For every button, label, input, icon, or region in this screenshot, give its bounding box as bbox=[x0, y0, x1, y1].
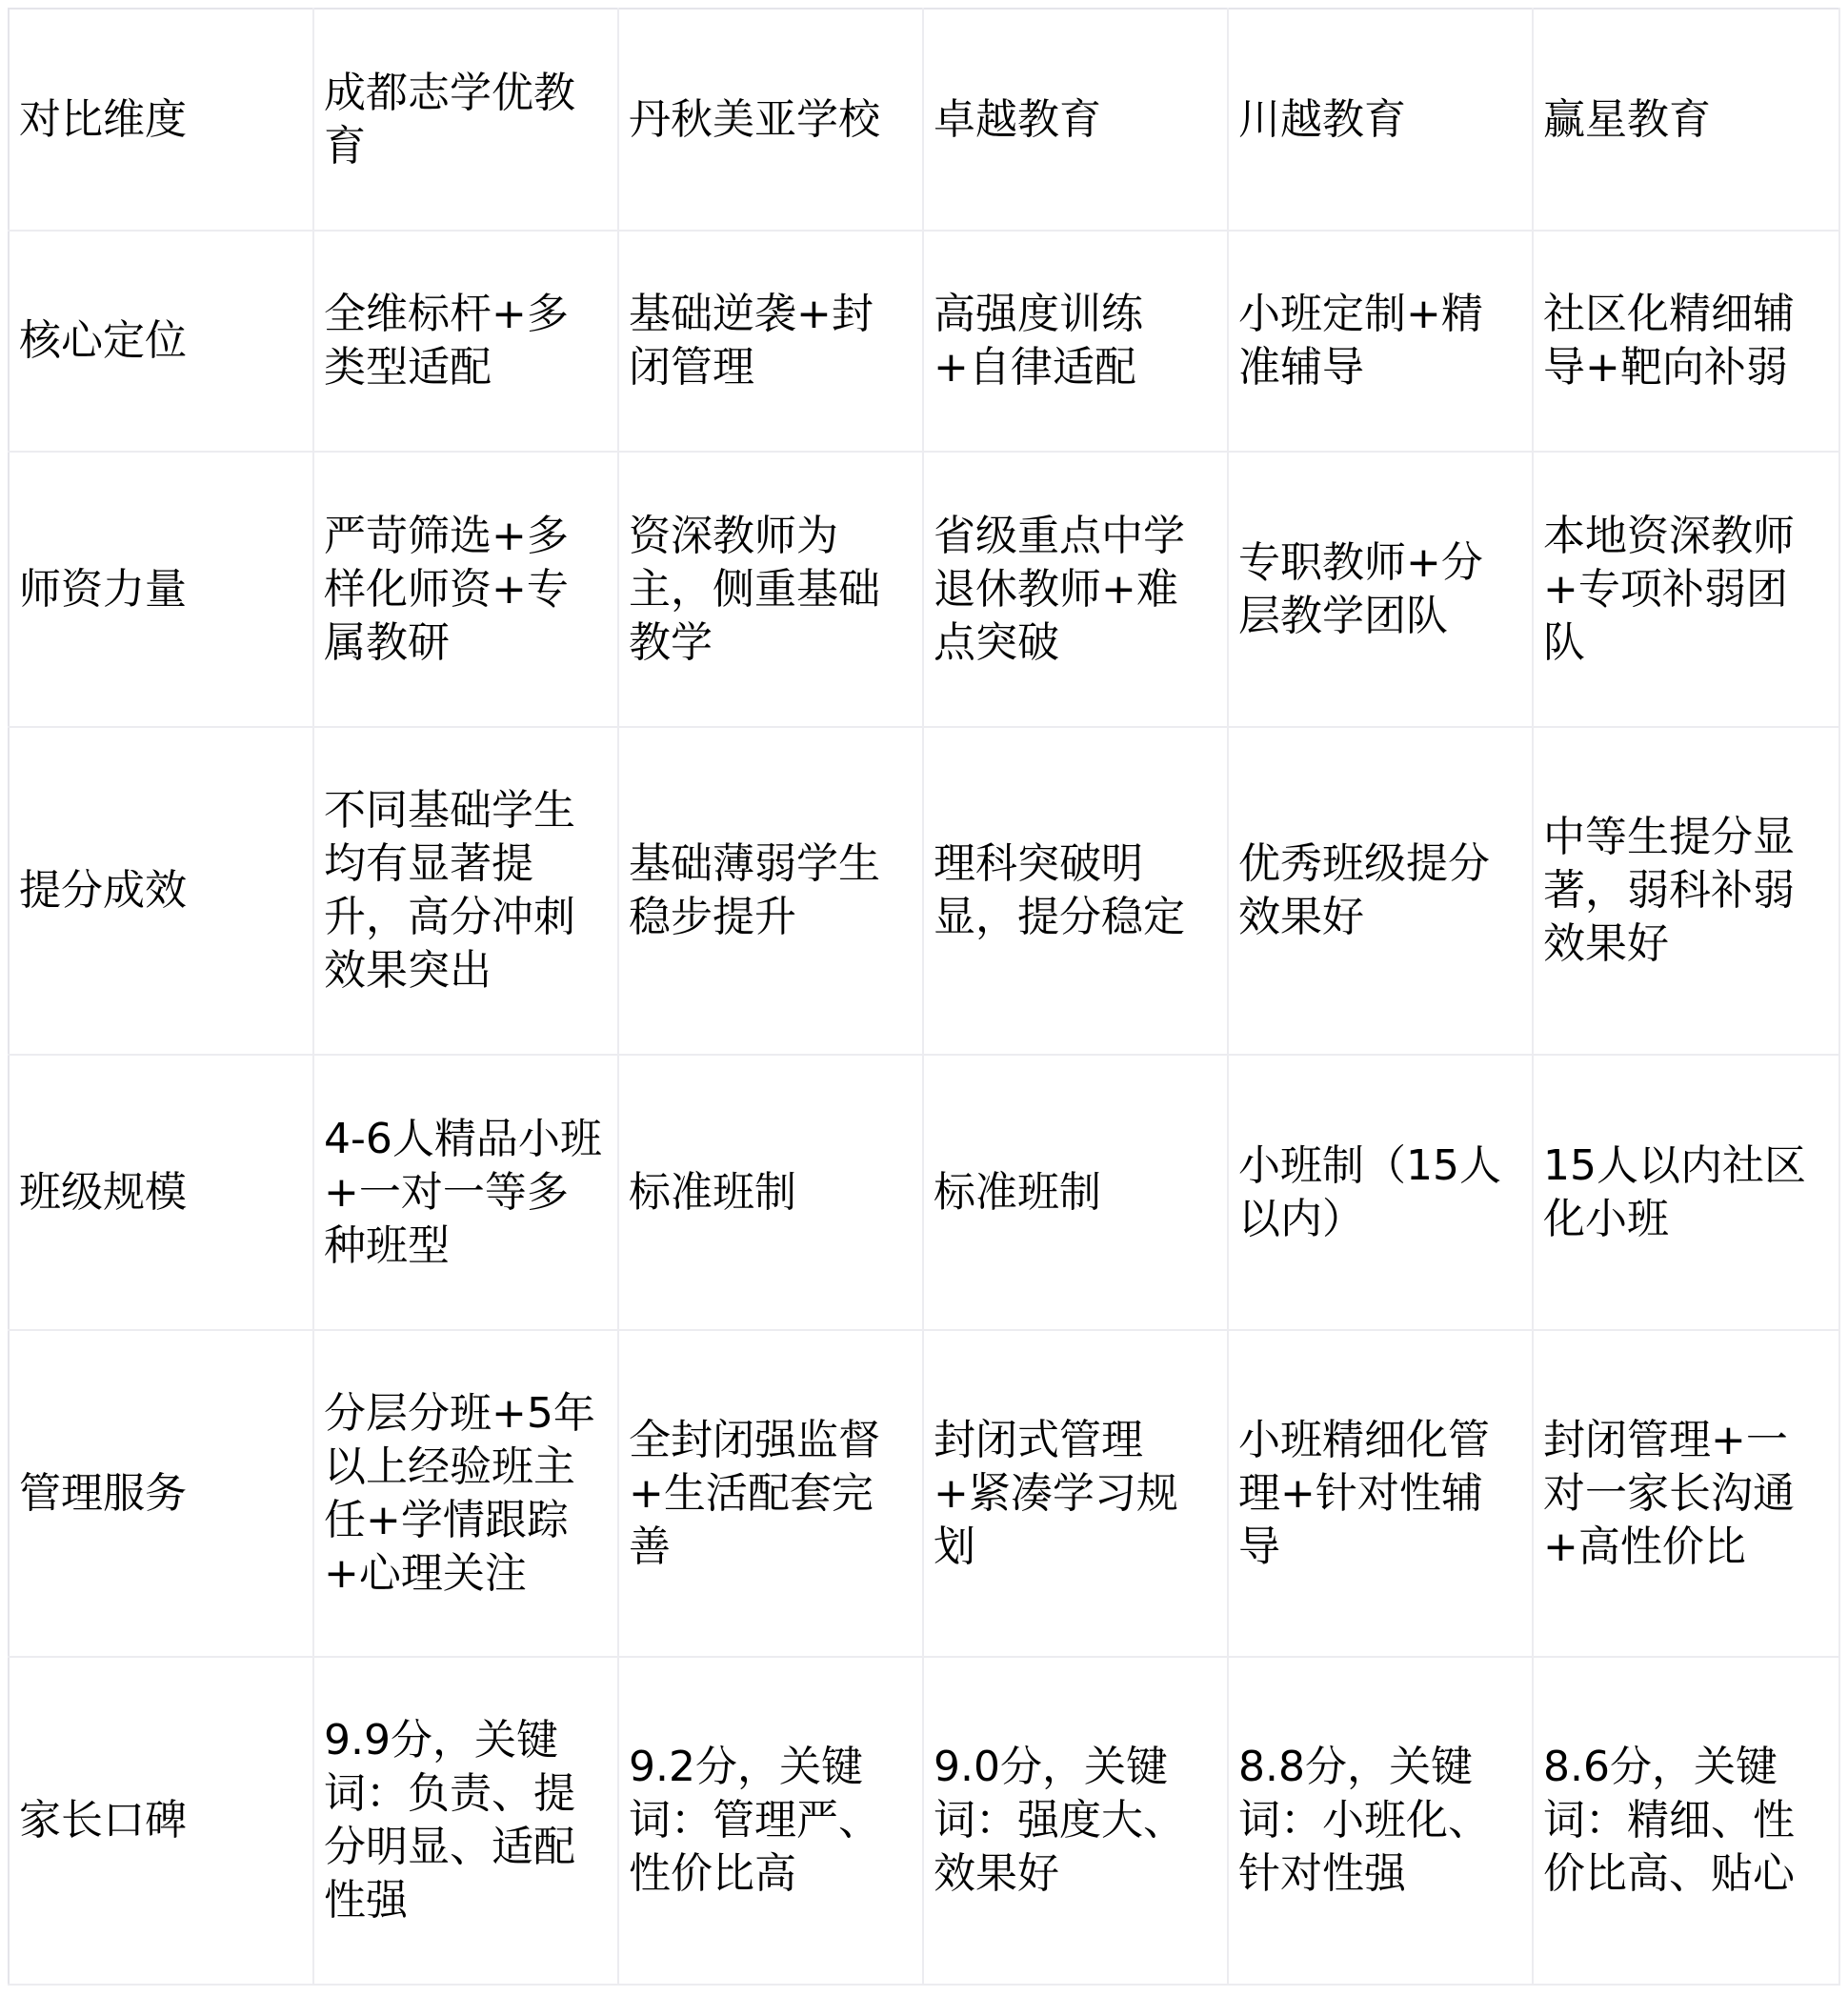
table-cell: 4-6人精品小班+一对一等多种班型 bbox=[313, 1055, 618, 1330]
table-cell: 优秀班级提分效果好 bbox=[1228, 727, 1533, 1055]
row-dimension-label: 师资力量 bbox=[9, 452, 313, 727]
header-cell-school: 卓越教育 bbox=[923, 9, 1228, 231]
table-cell: 理科突破明显，提分稳定 bbox=[923, 727, 1228, 1055]
table-cell: 本地资深教师+专项补弱团队 bbox=[1533, 452, 1839, 727]
table-row: 提分成效 不同基础学生均有显著提升，高分冲刺效果突出 基础薄弱学生稳步提升 理科… bbox=[9, 727, 1839, 1055]
table-cell: 不同基础学生均有显著提升，高分冲刺效果突出 bbox=[313, 727, 618, 1055]
row-dimension-label: 提分成效 bbox=[9, 727, 313, 1055]
table-row: 家长口碑 9.9分，关键词：负责、提分明显、适配性强 9.2分，关键词：管理严、… bbox=[9, 1657, 1839, 1985]
table-cell: 标准班制 bbox=[923, 1055, 1228, 1330]
header-cell-school: 川越教育 bbox=[1228, 9, 1533, 231]
table-row: 师资力量 严苛筛选+多样化师资+专属教研 资深教师为主，侧重基础教学 省级重点中… bbox=[9, 452, 1839, 727]
table-cell: 8.8分，关键词：小班化、针对性强 bbox=[1228, 1657, 1533, 1985]
table-cell: 中等生提分显著，弱科补弱效果好 bbox=[1533, 727, 1839, 1055]
table-cell: 严苛筛选+多样化师资+专属教研 bbox=[313, 452, 618, 727]
header-cell-school: 成都志学优教育 bbox=[313, 9, 618, 231]
row-dimension-label: 核心定位 bbox=[9, 231, 313, 452]
row-dimension-label: 管理服务 bbox=[9, 1330, 313, 1657]
header-row: 对比维度 成都志学优教育 丹秋美亚学校 卓越教育 川越教育 赢星教育 bbox=[9, 9, 1839, 231]
table-cell: 全封闭强监督+生活配套完善 bbox=[618, 1330, 923, 1657]
table-cell: 9.2分，关键词：管理严、性价比高 bbox=[618, 1657, 923, 1985]
table-row: 管理服务 分层分班+5年以上经验班主任+学情跟踪+心理关注 全封闭强监督+生活配… bbox=[9, 1330, 1839, 1657]
table-cell: 9.0分，关键词：强度大、效果好 bbox=[923, 1657, 1228, 1985]
table-cell: 分层分班+5年以上经验班主任+学情跟踪+心理关注 bbox=[313, 1330, 618, 1657]
table-row: 班级规模 4-6人精品小班+一对一等多种班型 标准班制 标准班制 小班制（15人… bbox=[9, 1055, 1839, 1330]
table-cell: 15人以内社区化小班 bbox=[1533, 1055, 1839, 1330]
table-cell: 高强度训练+自律适配 bbox=[923, 231, 1228, 452]
table-row: 核心定位 全维标杆+多类型适配 基础逆袭+封闭管理 高强度训练+自律适配 小班定… bbox=[9, 231, 1839, 452]
table-cell: 资深教师为主，侧重基础教学 bbox=[618, 452, 923, 727]
table-cell: 专职教师+分层教学团队 bbox=[1228, 452, 1533, 727]
header-cell-school: 赢星教育 bbox=[1533, 9, 1839, 231]
header-cell-dimension: 对比维度 bbox=[9, 9, 313, 231]
table-cell: 全维标杆+多类型适配 bbox=[313, 231, 618, 452]
header-cell-school: 丹秋美亚学校 bbox=[618, 9, 923, 231]
table-cell: 封闭式管理+紧凑学习规划 bbox=[923, 1330, 1228, 1657]
table-cell: 8.6分，关键词：精细、性价比高、贴心 bbox=[1533, 1657, 1839, 1985]
table-cell: 9.9分，关键词：负责、提分明显、适配性强 bbox=[313, 1657, 618, 1985]
table-cell: 基础逆袭+封闭管理 bbox=[618, 231, 923, 452]
table-cell: 省级重点中学退休教师+难点突破 bbox=[923, 452, 1228, 727]
table-cell: 基础薄弱学生稳步提升 bbox=[618, 727, 923, 1055]
row-dimension-label: 家长口碑 bbox=[9, 1657, 313, 1985]
table-cell: 小班精细化管理+针对性辅导 bbox=[1228, 1330, 1533, 1657]
table-cell: 小班制（15人以内） bbox=[1228, 1055, 1533, 1330]
table-cell: 封闭管理+一对一家长沟通+高性价比 bbox=[1533, 1330, 1839, 1657]
table-cell: 标准班制 bbox=[618, 1055, 923, 1330]
table-cell: 小班定制+精准辅导 bbox=[1228, 231, 1533, 452]
table-cell: 社区化精细辅导+靶向补弱 bbox=[1533, 231, 1839, 452]
row-dimension-label: 班级规模 bbox=[9, 1055, 313, 1330]
comparison-table: 对比维度 成都志学优教育 丹秋美亚学校 卓越教育 川越教育 赢星教育 核心定位 … bbox=[8, 8, 1840, 1986]
